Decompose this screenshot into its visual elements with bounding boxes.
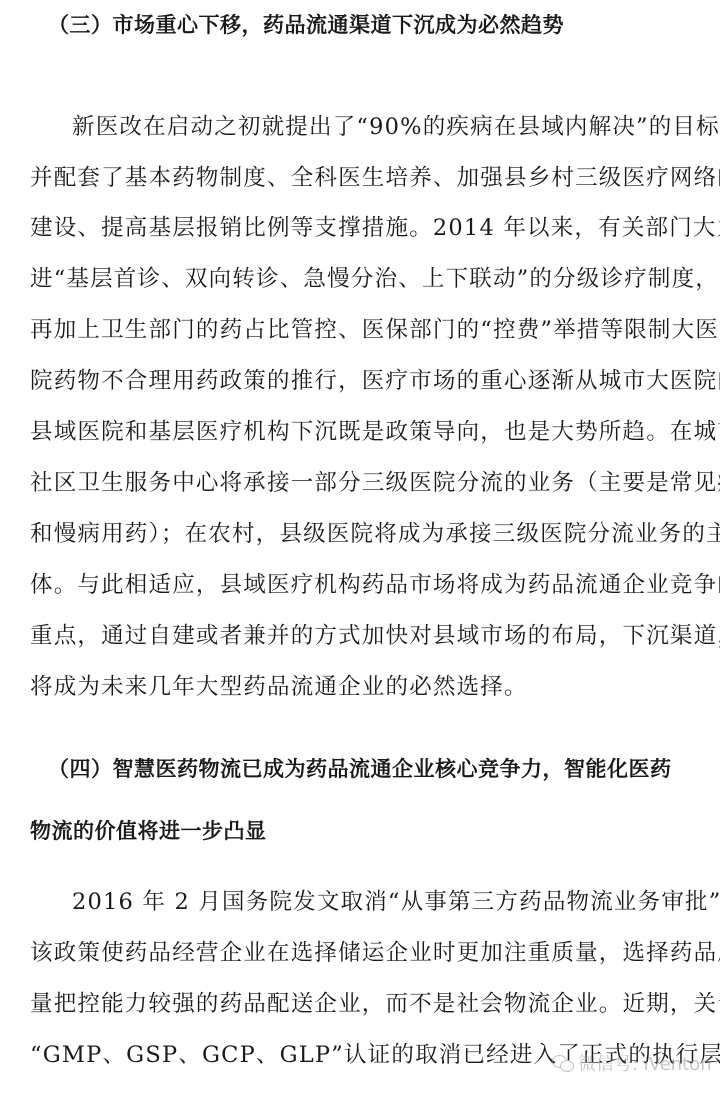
paragraph-line: 重点，通过自建或者兼并的方式加快对县域市场的布局，下沉渠道， bbox=[30, 621, 700, 651]
paragraph-line: 社区卫生服务中心将承接一部分三级医院分流的业务（主要是常见病 bbox=[30, 468, 700, 498]
section-3-heading: （三）市场重心下移，药品流通渠道下沉成为必然趋势 bbox=[48, 10, 718, 40]
watermark: 微信号: iVenton bbox=[552, 1050, 712, 1076]
paragraph-line: 新医改在启动之初就提出了“90%的疾病在县域内解决”的目标， bbox=[72, 112, 720, 142]
paragraph-line: 该政策使药品经营企业在选择储运企业时更加注重质量，选择药品质 bbox=[30, 938, 700, 968]
paragraph-line: 建设、提高基层报销比例等支撑措施。2014 年以来，有关部门大力推 bbox=[30, 213, 700, 243]
paragraph-line: 院药物不合理用药政策的推行，医疗市场的重心逐渐从城市大医院向 bbox=[30, 366, 700, 396]
paragraph-line: 体。与此相适应，县域医疗机构药品市场将成为药品流通企业竞争的 bbox=[30, 570, 700, 600]
paragraph-line: 2016 年 2 月国务院发文取消“从事第三方药品物流业务审批”， bbox=[72, 887, 720, 917]
paragraph-line: 县域医院和基层医疗机构下沉既是政策导向，也是大势所趋。在城市， bbox=[30, 417, 700, 447]
wechat-icon bbox=[552, 1055, 574, 1071]
section-4-heading-line-2: 物流的价值将进一步凸显 bbox=[30, 816, 700, 846]
paragraph-line: 和慢病用药）；在农村，县级医院将成为承接三级医院分流业务的主 bbox=[30, 519, 700, 549]
document-page: （三）市场重心下移，药品流通渠道下沉成为必然趋势 新医改在启动之初就提出了“90… bbox=[0, 0, 720, 1098]
paragraph-line: 将成为未来几年大型药品流通企业的必然选择。 bbox=[30, 672, 700, 702]
paragraph-line: 并配套了基本药物制度、全科医生培养、加强县乡村三级医疗网络的 bbox=[30, 163, 700, 193]
paragraph-line: 量把控能力较强的药品配送企业，而不是社会物流企业。近期，关于 bbox=[30, 989, 700, 1019]
watermark-text: 微信号: iVenton bbox=[578, 1050, 712, 1076]
paragraph-line: 进“基层首诊、双向转诊、急慢分治、上下联动”的分级诊疗制度， bbox=[30, 264, 700, 294]
section-4-heading-line-1: （四）智慧医药物流已成为药品流通企业核心竞争力，智能化医药 bbox=[48, 754, 718, 784]
paragraph-line: 再加上卫生部门的药占比管控、医保部门的“控费”举措等限制大医 bbox=[30, 315, 700, 345]
